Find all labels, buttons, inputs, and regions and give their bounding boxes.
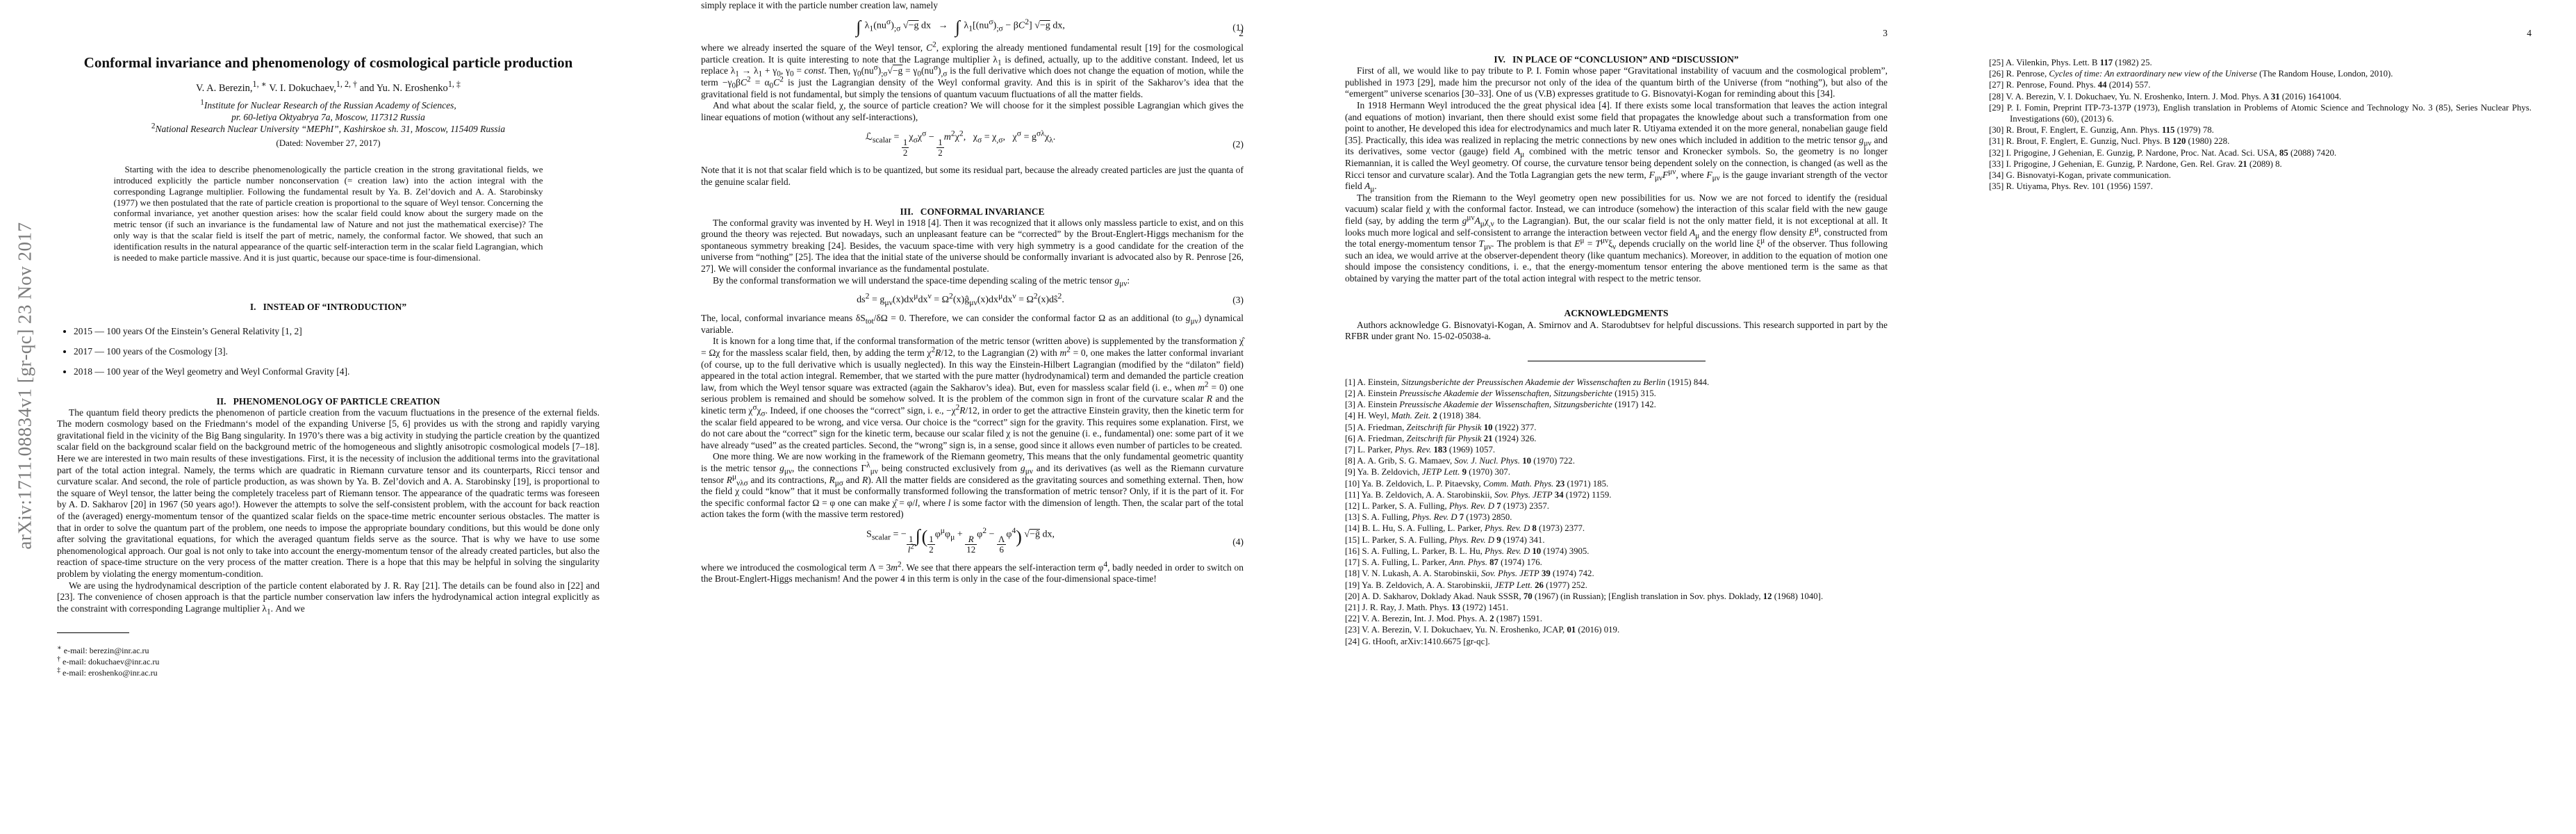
reference-item: [22] V. A. Berezin, Int. J. Mod. Phys. A… [1345,613,1888,624]
acknowledgments-heading: ACKNOWLEDGMENTS [1345,308,1888,319]
equation-4-row: Sscalar = −1l2∫(12φμφμ + R12φ2 − Λ6φ4) √… [701,529,1244,555]
reference-item: [27] R. Penrose, Found. Phys. 44 (2014) … [1989,79,2532,90]
footnote-item: ∗ e-mail: berezin@inr.ac.ru [57,645,600,656]
paragraph: In 1918 Hermann Weyl introduced the the … [1345,100,1888,193]
paragraph: It is known for a long time that, if the… [701,336,1244,451]
page-1: arXiv:1711.08834v1 [gr-qc] 23 Nov 2017 C… [0,0,644,834]
bullet-item: 2015 — 100 years Of the Einstein’s Gener… [74,326,600,337]
document-spread: arXiv:1711.08834v1 [gr-qc] 23 Nov 2017 C… [0,0,2576,834]
reference-item: [29] P. I. Fomin, Preprint ITP-73-137P (… [1989,102,2532,124]
equation-2-row: ℒscalar = 12χσχσ − 12m2χ2, χσ = χ,σ, χσ … [701,131,1244,158]
equation-3-number: (3) [1220,295,1244,306]
footnote-item: † e-mail: dokuchaev@inr.ac.ru [57,656,600,667]
reference-item: [15] L. Parker, S. A. Fulling, Phys. Rev… [1345,534,1888,546]
reference-item: [3] A. Einstein Preussische Akademie der… [1345,399,1888,410]
equation-1: ∫ λ1(nuσ);σ √−g dx → ∫ λ1[(nuσ);σ − βC2]… [701,20,1220,36]
reference-item: [20] A. D. Sakharov, Doklady Akad. Nauk … [1345,591,1888,602]
paragraph: First of all, we would like to pay tribu… [1345,65,1888,100]
paragraph: We are using the hydrodynamical descript… [57,580,600,615]
paragraph: simply replace it with the particle numb… [701,0,1244,12]
reference-item: [17] S. A. Fulling, L. Parker, Ann. Phys… [1345,557,1888,568]
footnote-item: ‡ e-mail: eroshenko@inr.ac.ru [57,667,600,678]
footnote-rule [57,632,129,633]
affiliation-1-line2: pr. 60-letiya Oktyabrya 7a, Moscow, 1173… [57,111,600,123]
paragraph: The transition from the Riemann to the W… [1345,193,1888,285]
reference-item: [23] V. A. Berezin, V. I. Dokuchaev, Yu.… [1345,624,1888,635]
paragraph: By the conformal transformation we will … [701,275,1244,287]
reference-list: [1] A. Einstein, Sitzungsberichte der Pr… [1345,377,1888,647]
reference-item: [1] A. Einstein, Sitzungsberichte der Pr… [1345,377,1888,388]
reference-item: [9] Ya. B. Zeldovich, JETP Lett. 9 (1970… [1345,466,1888,477]
reference-item: [31] R. Brout, F. Englert, E. Gunzig, Nu… [1989,136,2532,147]
bullet-item: 2018 — 100 year of the Weyl geometry and… [74,366,600,377]
reference-item: [33] I. Prigogine, J Gehenian, E. Gunzig… [1989,158,2532,170]
section-heading-3: III. CONFORMAL INVARIANCE [701,206,1244,218]
reference-item: [5] A. Friedman, Zeitschrift für Physik … [1345,422,1888,433]
section-heading-2: II. PHENOMENOLOGY OF PARTICLE CREATION [57,396,600,407]
reference-item: [19] Ya. B. Zeldovich, A. A. Starobinski… [1345,580,1888,591]
equation-4: Sscalar = −1l2∫(12φμφμ + R12φ2 − Λ6φ4) √… [701,529,1220,555]
reference-item: [24] G. tHooft, arXiv:1410.6675 [gr-qc]. [1345,636,1888,647]
paragraph: where we introduced the cosmological ter… [701,562,1244,585]
paragraph: where we already inserted the square of … [701,42,1244,100]
reference-item: [2] A. Einstein Preussische Akademie der… [1345,388,1888,399]
page-number: 2 [1239,28,1244,39]
paragraph: The conformal gravity was invented by H.… [701,218,1244,275]
reference-item: [12] L. Parker, S. A. Fulling, Phys. Rev… [1345,500,1888,512]
paragraph: Authors acknowledge G. Bisnovatyi-Kogan,… [1345,320,1888,343]
paper-title: Conformal invariance and phenomenology o… [57,54,600,71]
arxiv-watermark: arXiv:1711.08834v1 [gr-qc] 23 Nov 2017 [15,222,36,549]
reference-item: [32] I. Prigogine, J Gehenian, E. Gunzig… [1989,147,2532,158]
affiliation-2: 2National Research Nuclear University “M… [57,123,600,135]
page-4: 4 [25] A. Vilenkin, Phys. Lett. B 117 (1… [1932,0,2576,834]
reference-item: [28] V. A. Berezin, V. I. Dokuchaev, Yu.… [1989,91,2532,102]
equation-3: ds2 = gμν(x)dxμdxν = Ω2(x)ĝμν(x)dxμdxν =… [701,295,1220,306]
paragraph: One more thing. We are now working in th… [701,451,1244,521]
reference-item: [30] R. Brout, F. Englert, E. Gunzig, An… [1989,124,2532,136]
paragraph: Note that it is not that scalar field wh… [701,165,1244,188]
reference-item: [11] Ya. B. Zeldovich, A. A. Starobinski… [1345,489,1888,500]
equation-2: ℒscalar = 12χσχσ − 12m2χ2, χσ = χ,σ, χσ … [701,131,1220,158]
page-number: 4 [2527,28,2532,39]
bullet-item: 2017 — 100 years of the Cosmology [3]. [74,346,600,357]
bibliography-rule [1528,361,1706,361]
equation-1-row: ∫ λ1(nuσ);σ √−g dx → ∫ λ1[(nuσ);σ − βC2]… [701,20,1244,36]
reference-item: [7] L. Parker, Phys. Rev. 183 (1969) 105… [1345,444,1888,455]
abstract: Starting with the idea to describe pheno… [114,164,543,263]
dated-line: (Dated: November 27, 2017) [57,138,600,149]
paragraph: The quantum field theory predicts the ph… [57,407,600,580]
reference-item: [10] Ya. B. Zeldovich, L. P. Pitaevsky, … [1345,478,1888,489]
reference-item: [16] S. A. Fulling, L. Parker, B. L. Hu,… [1345,546,1888,557]
equation-4-number: (4) [1220,537,1244,548]
reference-item: [4] H. Weyl, Math. Zeit. 2 (1918) 384. [1345,410,1888,421]
reference-item: [25] A. Vilenkin, Phys. Lett. B 117 (198… [1989,57,2532,68]
reference-item: [18] V. N. Lukash, A. A. Starobinskii, S… [1345,568,1888,579]
reference-item: [13] S. A. Fulling, Phys. Rev. D 7 (1973… [1345,512,1888,523]
reference-item: [35] R. Utiyama, Phys. Rev. 101 (1956) 1… [1989,181,2532,192]
affiliation-1-line1: 1Institute for Nuclear Research of the R… [57,99,600,111]
footnote-list: ∗ e-mail: berezin@inr.ac.ru† e-mail: dok… [57,645,600,678]
equation-2-number: (2) [1220,139,1244,150]
page-2: 2 simply replace it with the particle nu… [644,0,1288,834]
paragraph: And what about the scalar field, χ, the … [701,100,1244,123]
reference-item: [21] J. R. Ray, J. Math. Phys. 13 (1972)… [1345,602,1888,613]
reference-item: [34] G. Bisnovatyi-Kogan, private commun… [1989,170,2532,181]
page-number: 3 [1883,28,1888,39]
page-3: 3 IV. IN PLACE OF “CONCLUSION” AND “DISC… [1288,0,1932,834]
reference-item: [8] A. A. Grib, S. G. Mamaev, Sov. J. Nu… [1345,455,1888,466]
reference-item: [6] A. Friedman, Zeitschrift für Physik … [1345,433,1888,444]
section-heading-1: I. INSTEAD OF “INTRODUCTION” [57,302,600,313]
reference-item: [14] B. L. Hu, S. A. Fulling, L. Parker,… [1345,523,1888,534]
intro-bullet-list: 2015 — 100 years Of the Einstein’s Gener… [57,326,600,377]
authors-line: V. A. Berezin,1, ∗ V. I. Dokuchaev,1, 2,… [57,83,600,95]
reference-list: [25] A. Vilenkin, Phys. Lett. B 117 (198… [1989,57,2532,192]
paragraph: The, local, conformal invariance means δ… [701,313,1244,336]
section-heading-4: IV. IN PLACE OF “CONCLUSION” AND “DISCUS… [1345,54,1888,65]
equation-3-row: ds2 = gμν(x)dxμdxν = Ω2(x)ĝμν(x)dxμdxν =… [701,295,1244,306]
reference-item: [26] R. Penrose, Cycles of time: An extr… [1989,68,2532,79]
